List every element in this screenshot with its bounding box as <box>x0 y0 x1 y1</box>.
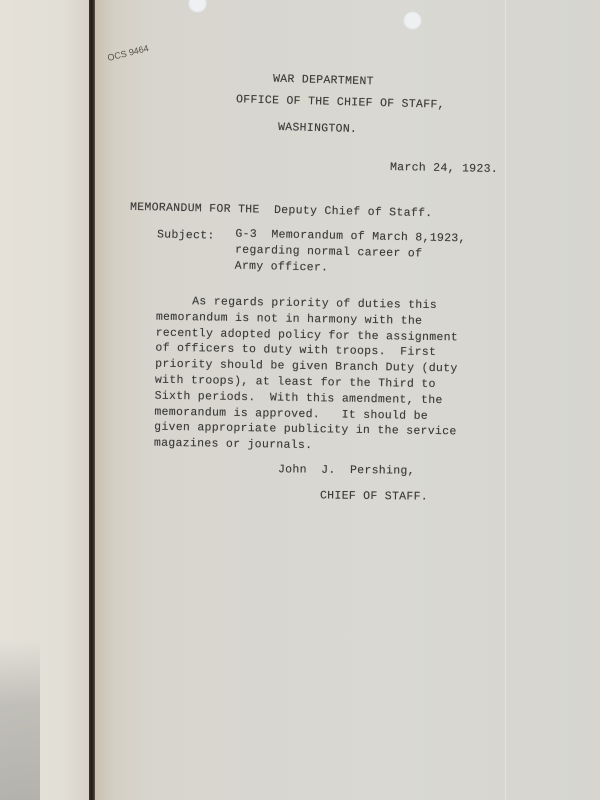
memo-body: As regards priority of duties this memor… <box>154 294 459 457</box>
header-department: WAR DEPARTMENT <box>273 73 374 89</box>
fold-line <box>505 0 506 800</box>
shadow <box>0 640 40 800</box>
header-office: OFFICE OF THE CHIEF OF STAFF, <box>236 93 445 111</box>
facing-left-page <box>0 0 90 800</box>
memo-date: March 24, 1923. <box>390 161 498 176</box>
signature-name: John J. Pershing, <box>278 463 415 477</box>
signature-title: CHIEF OF STAFF. <box>320 489 428 503</box>
memo-page: OCS 9464 WAR DEPARTMENT OFFICE OF THE CH… <box>95 0 600 800</box>
header-location: WASHINGTON. <box>278 121 358 136</box>
subject-text: G-3 Memorandum of March 8,1923, regardin… <box>235 227 466 280</box>
punch-hole-icon <box>188 0 207 13</box>
punch-hole-icon <box>403 11 422 30</box>
memorandum-recipient: MEMORANDUM FOR THE Deputy Chief of Staff… <box>130 201 433 220</box>
subject-label: Subject: <box>157 228 215 242</box>
file-number: OCS 9464 <box>106 43 149 63</box>
